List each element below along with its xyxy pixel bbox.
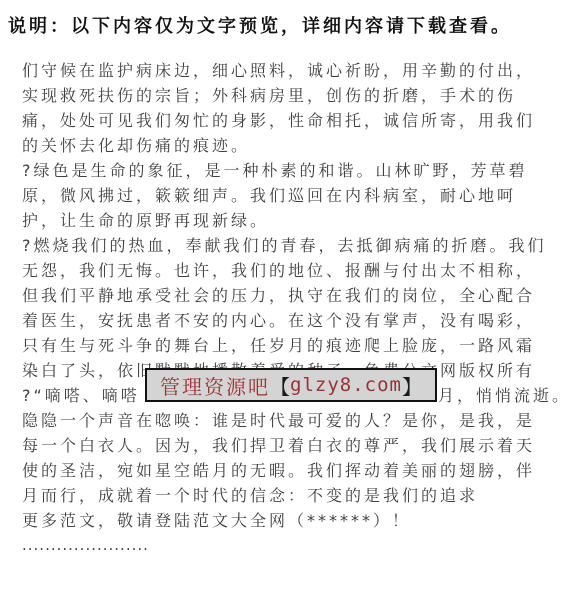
preview-line: 使的圣洁，宛如星空皓月的无暇。我们挥动着美丽的翅膀，伴 bbox=[22, 458, 570, 483]
watermark-domain: glzy8.com bbox=[290, 374, 402, 396]
preview-text-block: 们守候在监护病床边，细心照料，诚心祈盼，用辛勤的付出， 实现救死扶伤的宗旨；外科… bbox=[22, 58, 570, 558]
preview-line: 每一个白衣人。因为，我们捍卫着白衣的尊严，我们展示着天 bbox=[22, 433, 570, 458]
split-line-right: 月，悄悄流逝。 bbox=[438, 383, 571, 408]
watermark-box[interactable]: 管理资源吧 【 glzy8.com 】 bbox=[145, 368, 437, 402]
preview-line: 隐隐一个声音在唿唤：谁是时代最可爱的人？是你，是我，是 bbox=[22, 408, 570, 433]
trailing-dots: ...................... bbox=[22, 533, 570, 558]
preview-line: 只有生与死斗争的舞台上，任岁月的痕迹爬上脸庞，一路风霜 bbox=[22, 333, 570, 358]
preview-line: ?绿色是生命的象征，是一种朴素的和谐。山林旷野，芳草碧 bbox=[22, 158, 570, 183]
preview-line: 无怨，我们无悔。也许，我们的地位、报酬与付出太不相称， bbox=[22, 258, 570, 283]
preview-line: 的关怀去化却伤痛的痕迹。 bbox=[22, 133, 570, 158]
preview-line: 痛，处处可见我们匆忙的身影，性命相托，诚信所寄，用我们 bbox=[22, 108, 570, 133]
watermark-bracket-open: 【 bbox=[270, 371, 290, 400]
preview-line: 实现救死扶伤的宗旨；外科病房里，创伤的折磨，手术的伤 bbox=[22, 83, 570, 108]
preview-line: 但我们平静地承受社会的压力，执守在我们的岗位，全心配合 bbox=[22, 283, 570, 308]
preview-line: 着医生，安抚患者不安的内心。在这个没有掌声，没有喝彩， bbox=[22, 308, 570, 333]
preview-line: 护，让生命的原野再现新绿。 bbox=[22, 208, 570, 233]
split-line-left: ?“嘀嗒、嘀嗒 bbox=[22, 386, 140, 405]
preview-line: 月而行，成就着一个时代的信念：不变的是我们的追求 bbox=[22, 483, 570, 508]
watermark-bracket-close: 】 bbox=[402, 371, 422, 400]
preview-line: ?燃烧我们的热血，奉献我们的青春，去抵御病痛的折磨。我们 bbox=[22, 233, 570, 258]
document-preview-page: 说明：以下内容仅为文字预览，详细内容请下载查看。 们守候在监护病床边，细心照料，… bbox=[0, 0, 578, 600]
watermark-site-name: 管理资源吧 bbox=[160, 371, 270, 400]
preview-line: 更多范文，敬请登陆范文大全网（******）！ bbox=[22, 508, 570, 533]
preview-notice: 说明：以下内容仅为文字预览，详细内容请下载查看。 bbox=[8, 12, 512, 38]
preview-line: 们守候在监护病床边，细心照料，诚心祈盼，用辛勤的付出， bbox=[22, 58, 570, 83]
preview-line: 原，微风拂过，簌簌细声。我们巡回在内科病室，耐心地呵 bbox=[22, 183, 570, 208]
